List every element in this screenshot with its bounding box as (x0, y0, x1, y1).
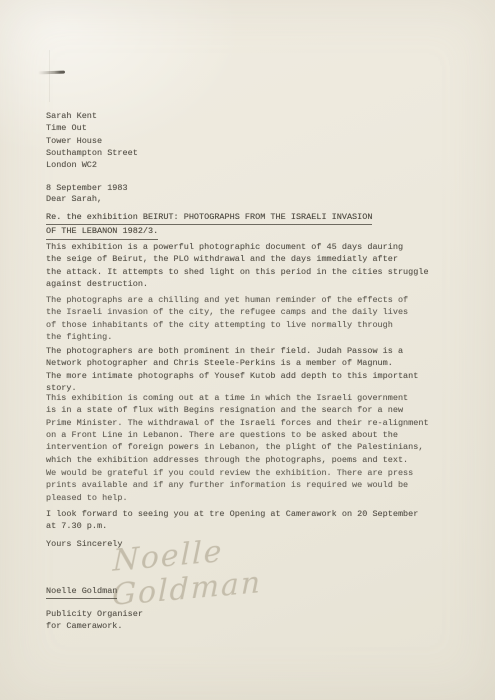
letter-line: This exhibition is coming out at a time … (46, 392, 429, 404)
letter-line: The more intimate photographs of Yousef … (46, 370, 418, 382)
letter-line: intervention of foreign powers in Lebano… (46, 441, 429, 453)
subject-heading: Re. the exhibition BEIRUT: PHOTOGRAPHS F… (46, 211, 372, 240)
letter-line: the fighting. (46, 331, 408, 343)
paragraph-1: This exhibition is a powerful photograph… (46, 241, 429, 290)
paragraph-5: We would be grateful if you could review… (46, 467, 413, 504)
salutation: Dear Sarah, (46, 193, 102, 205)
pencil-mark (38, 71, 65, 75)
handwritten-signature: Noelle Goldman (112, 523, 362, 613)
address-line: Southampton Street (46, 147, 138, 159)
letter-line: is in a state of flux with Begins resign… (46, 404, 429, 416)
address-line: Time Out (46, 122, 138, 134)
letter-line: at 7.30 p.m. (46, 520, 418, 532)
letter-line: pleased to help. (46, 492, 413, 504)
subject-line-1: Re. the exhibition BEIRUT: PHOTOGRAPHS F… (46, 211, 372, 225)
subject-line-1-text: Re. the exhibition BEIRUT: PHOTOGRAPHS F… (46, 211, 372, 225)
letter-line: against destruction. (46, 278, 429, 290)
signatory-role-line-2: for Camerawork. (46, 620, 123, 632)
letter-line: the attack. It attempts to shed light on… (46, 266, 429, 278)
signatory-role-line-1: Publicity Organiser (46, 608, 143, 620)
paper-crease (49, 50, 50, 102)
letter-line: the seige of Beirut, the PLO withdrawal … (46, 253, 429, 265)
letter-line: of those inhabitants of the city attempt… (46, 319, 408, 331)
letter-line: the Israeli invasion of the city, the re… (46, 306, 408, 318)
paragraph-3: The photographers are both prominent in … (46, 345, 418, 394)
signatory-name-text: Noelle Goldman (46, 585, 117, 599)
letter-page: Sarah KentTime OutTower HouseSouthampton… (0, 0, 495, 700)
recipient-address: Sarah KentTime OutTower HouseSouthampton… (46, 110, 138, 172)
letter-line: Network photographer and Chris Steele-Pe… (46, 357, 418, 369)
subject-line-2: OF THE LEBANON 1982/3. (46, 225, 372, 239)
address-line: London WC2 (46, 159, 138, 171)
letter-line: I look forward to seeing you at tre Open… (46, 508, 418, 520)
subject-line-2-text: OF THE LEBANON 1982/3. (46, 225, 158, 239)
paragraph-6: I look forward to seeing you at tre Open… (46, 508, 418, 533)
letter-line: on a Front Line in Lebanon. There are qu… (46, 429, 429, 441)
letter-line: We would be grateful if you could review… (46, 467, 413, 479)
letter-line: which the exhibition addresses through t… (46, 454, 429, 466)
letter-line: prints available and if any further info… (46, 479, 413, 491)
letter-line: This exhibition is a powerful photograph… (46, 241, 429, 253)
letter-line: Prime Minister. The withdrawal of the Is… (46, 417, 429, 429)
address-line: Sarah Kent (46, 110, 138, 122)
closing-valediction: Yours Sincerely (46, 538, 123, 550)
signatory-name: Noelle Goldman (46, 585, 117, 599)
address-line: Tower House (46, 135, 138, 147)
letter-line: The photographers are both prominent in … (46, 345, 418, 357)
paragraph-2: The photographs are a chilling and yet h… (46, 294, 408, 343)
paragraph-4: This exhibition is coming out at a time … (46, 392, 429, 466)
letter-line: The photographs are a chilling and yet h… (46, 294, 408, 306)
